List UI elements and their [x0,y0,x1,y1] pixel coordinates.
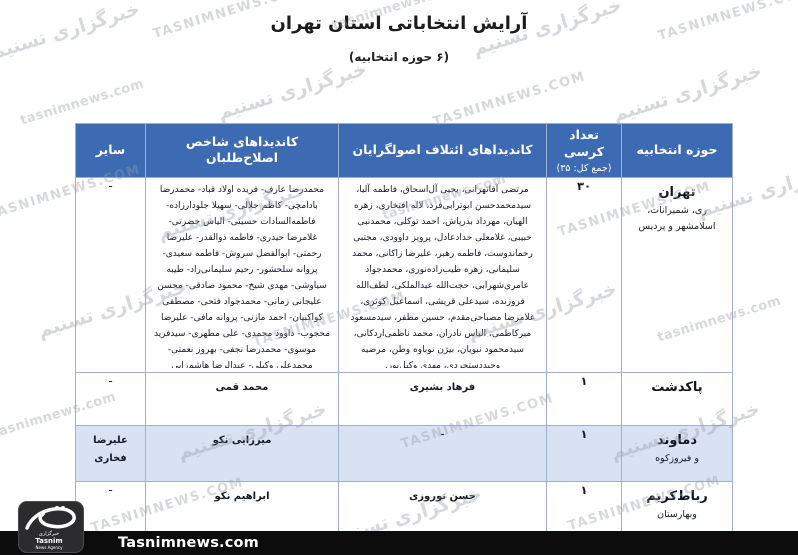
cell-principlists: مرتضی آقاتهرانی، یحیی آل‌اسحاق، فاطمه آل… [339,177,547,372]
district-name: رباط‌کریم [623,489,731,504]
column-header-principlists: کاندیداهای ائتلاف اصولگرایان [339,124,547,178]
column-header-sublabel: (جمع کل: ۳۵) [549,163,619,174]
column-header-other: سایر [76,124,146,178]
logo-caption-sub: News Agency [18,546,80,550]
district-name: دماوند [623,433,731,448]
cell-reformists: میرزایی نکو [146,425,339,481]
column-header-label: سایر [78,142,143,159]
table-row: تهرانری، شمیرانات، اسلامشهر و پردیس۳۰مرت… [76,177,733,372]
cell-principlists: - [339,425,547,481]
logo-captions: خبرگزاری Tasnim News Agency [18,532,80,550]
watermark-text: خبرگزاری تسنیم [215,58,369,124]
page: خبرگزاری تسنیمTASNIMNEWS.COMtasnimnews.c… [0,0,798,555]
district-sub: و فیروزکوه [623,451,731,468]
column-header-seats: تعداد کرسی(جمع کل: ۳۵) [547,124,622,178]
table-header: حوزه انتخابیهتعداد کرسی(جمع کل: ۳۵)کاندی… [76,124,733,178]
tasnim-logo: خبرگزاری Tasnim News Agency [18,501,84,553]
district-name: تهران [623,185,731,200]
watermark-text: خبرگزاری تسنیم [610,60,764,126]
column-header-district: حوزه انتخابیه [622,124,733,178]
column-header-reformists: کاندیداهای شاخص اصلاح‌طلبان [146,124,339,178]
watermark-text: tasnimnews.com [19,77,146,129]
cell-principlists: فرهاد بشیری [339,372,547,425]
cell-other: - [76,372,146,425]
district-name: پاکدشت [623,380,731,395]
candidate-list: مرتضی آقاتهرانی، یحیی آل‌اسحاق، فاطمه آل… [346,182,539,368]
candidate-list: محمدرضا عارف- فریده اولاد قباد- محمدرضا … [153,182,331,368]
cell-district: دماوندو فیروزکوه [622,425,733,481]
table-row: پاکدشت۱فرهاد بشیریمحمد قمی- [76,372,733,425]
footer-site-url: Tasnimnews.com [118,531,259,555]
column-header-label: کاندیداهای شاخص اصلاح‌طلبان [148,134,336,168]
watermark-text: TASNIMNEWS.COM [431,69,587,130]
cell-district: پاکدشت [622,372,733,425]
column-header-label: حوزه انتخابیه [624,142,730,159]
header-row: حوزه انتخابیهتعداد کرسی(جمع کل: ۳۵)کاندی… [76,124,733,178]
district-sub: ری، شمیرانات، اسلامشهر و پردیس [623,203,731,236]
cell-reformists: محمد قمی [146,372,339,425]
table-row: دماوندو فیروزکوه۱-میرزایی نکوعلیرضا فخار… [76,425,733,481]
cell-seats: ۱ [547,425,622,481]
page-title: آرایش انتخاباتی استان تهران [0,13,798,34]
cell-other: علیرضا فخاری [76,425,146,481]
column-header-label: کاندیداهای ائتلاف اصولگرایان [341,142,544,159]
page-subtitle: (۶ حوزه انتخابیه) [0,50,798,64]
cell-district: تهرانری، شمیرانات، اسلامشهر و پردیس [622,177,733,372]
cell-seats: ۱ [547,372,622,425]
column-header-label: تعداد کرسی [549,127,619,161]
district-sub: وبهارستان [623,507,731,524]
election-table: حوزه انتخابیهتعداد کرسی(جمع کل: ۳۵)کاندی… [75,123,733,541]
cell-reformists: محمدرضا عارف- فریده اولاد قباد- محمدرضا … [146,177,339,372]
cell-seats: ۳۰ [547,177,622,372]
cell-other: - [76,177,146,372]
table-body: تهرانری، شمیرانات، اسلامشهر و پردیس۳۰مرت… [76,177,733,540]
